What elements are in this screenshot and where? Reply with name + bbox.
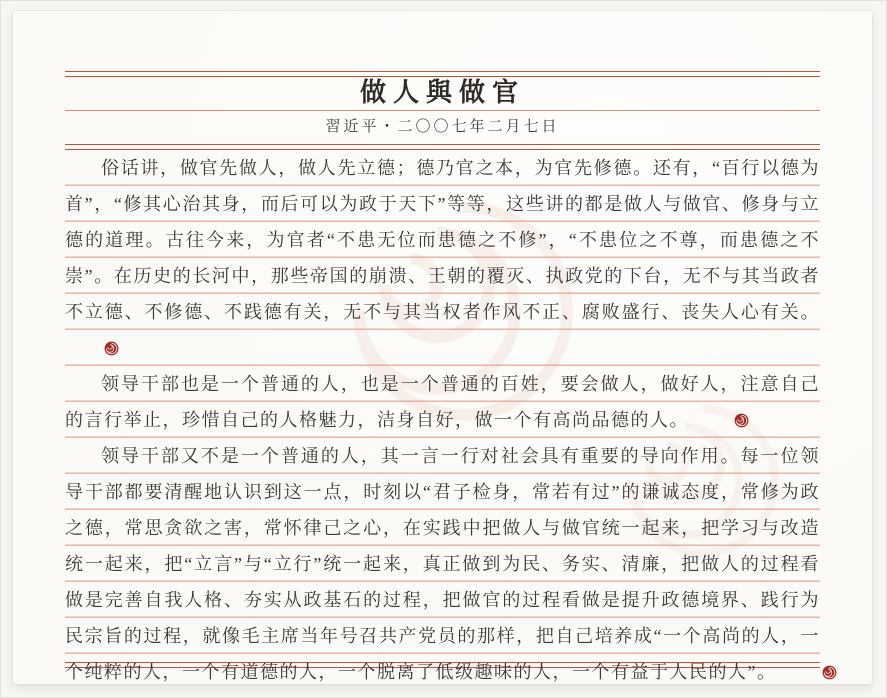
paragraph-3: 领导干部又不是一个普通的人，其一言一行对社会具有重要的导向作用。每一位领导干部都…: [65, 438, 820, 684]
swirl-icon: [786, 656, 801, 671]
byline: 習近平・二〇〇七年二月七日: [65, 111, 820, 144]
page-title: 做人與做官: [65, 77, 820, 110]
document-body: 俗话讲，做官先做人，做人先立德；德乃官之本，为官先修德。还有，“百行以德为首”，…: [65, 150, 820, 654]
paragraph-2-text: 领导干部也是一个普通的人，也是一个普通的百姓，要会做人，做好人，注意自己的言行举…: [65, 374, 820, 430]
swirl-icon: [698, 404, 713, 419]
page-frame: 做人與做官 習近平・二〇〇七年二月七日 俗话讲，做官先做人，做人先立德；德乃官之…: [0, 0, 887, 698]
paper-sheet: 做人與做官 習近平・二〇〇七年二月七日 俗话讲，做官先做人，做人先立德；德乃官之…: [13, 11, 872, 684]
paragraph-1-text: 俗话讲，做官先做人，做人先立德；德乃官之本，为官先修德。还有，“百行以德为首”，…: [65, 158, 820, 322]
paragraph-1: 俗话讲，做官先做人，做人先立德；德乃官之本，为官先修德。还有，“百行以德为首”，…: [65, 150, 820, 366]
paragraph-2: 领导干部也是一个普通的人，也是一个普通的百姓，要会做人，做好人，注意自己的言行举…: [65, 366, 820, 438]
paragraph-3-text: 领导干部又不是一个普通的人，其一言一行对社会具有重要的导向作用。每一位领导干部都…: [65, 446, 820, 682]
swirl-icon: [68, 332, 83, 347]
